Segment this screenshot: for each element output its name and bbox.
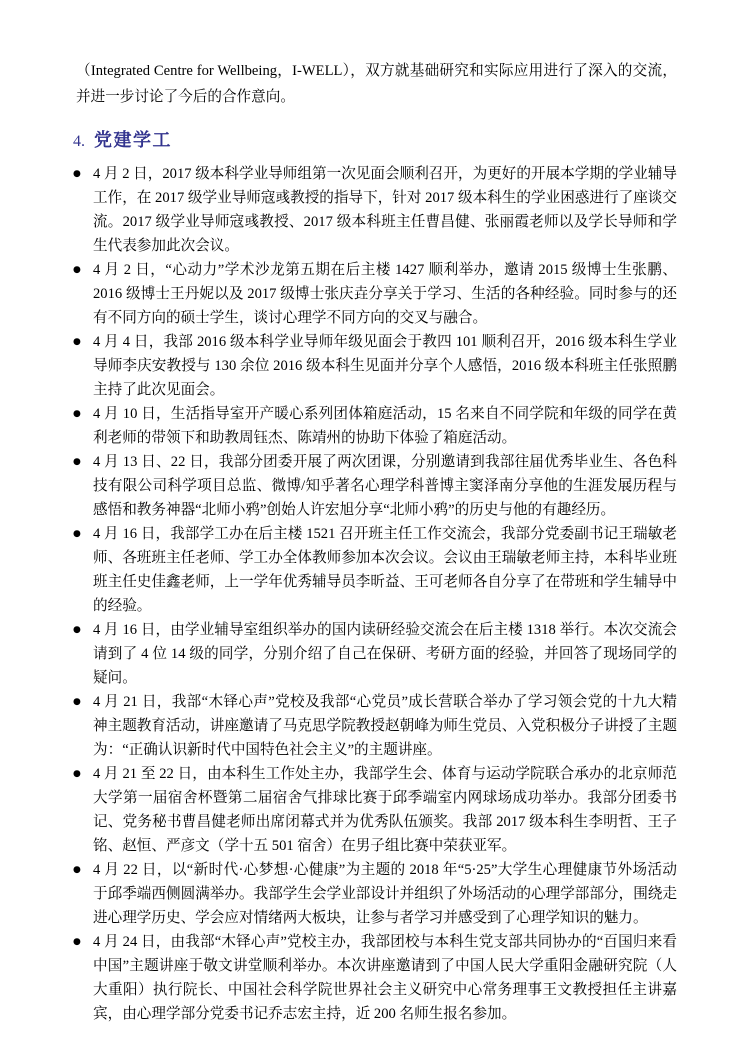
section-heading: 4. 党建学工: [73, 126, 677, 152]
bullet-item: ● 4 月 10 日，生活指导室开产暖心系列团体箱庭活动，15 名来自不同学院和…: [73, 402, 677, 450]
section-title: 党建学工: [94, 126, 172, 152]
bullet-marker: ●: [73, 258, 93, 330]
bullet-text: 4 月 24 日，由我部“木铎心声”党校主办，我部团校与本科生党支部共同协办的“…: [93, 930, 677, 1026]
bullet-item: ● 4 月 24 日，由我部“木铎心声”党校主办，我部团校与本科生党支部共同协办…: [73, 930, 677, 1026]
document-page: （Integrated Centre for Wellbeing，I-WELL）…: [0, 0, 750, 1060]
bullet-item: ● 4 月 21 至 22 日，由本科生工作处主办，我部学生会、体育与运动学院联…: [73, 762, 677, 858]
bullet-item: ● 4 月 16 日，由学业辅导室组织举办的国内读研经验交流会在后主楼 1318…: [73, 618, 677, 690]
bullet-marker: ●: [73, 762, 93, 858]
bullet-text: 4 月 16 日，我部学工办在后主楼 1521 召开班主任工作交流会，我部分党委…: [93, 522, 677, 618]
bullet-text: 4 月 22 日，以“新时代·心梦想·心健康”为主题的 2018 年“5·25”…: [93, 858, 677, 930]
bullet-item: ● 4 月 16 日，我部学工办在后主楼 1521 召开班主任工作交流会，我部分…: [73, 522, 677, 618]
bullet-marker: ●: [73, 162, 93, 258]
intro-paragraph: （Integrated Centre for Wellbeing，I-WELL）…: [76, 58, 677, 110]
bullet-marker: ●: [73, 450, 93, 522]
bullet-item: ● 4 月 2 日，“心动力”学术沙龙第五期在后主楼 1427 顺利举办，邀请 …: [73, 258, 677, 330]
bullet-text: 4 月 16 日，由学业辅导室组织举办的国内读研经验交流会在后主楼 1318 举…: [93, 618, 677, 690]
event-bullet-list: ● 4 月 2 日，2017 级本科学业导师组第一次见面会顺利召开，为更好的开展…: [73, 162, 677, 1026]
bullet-text: 4 月 21 日，我部“木铎心声”党校及我部“心党员”成长营联合举办了学习领会党…: [93, 690, 677, 762]
bullet-item: ● 4 月 22 日，以“新时代·心梦想·心健康”为主题的 2018 年“5·2…: [73, 858, 677, 930]
bullet-text: 4 月 10 日，生活指导室开产暖心系列团体箱庭活动，15 名来自不同学院和年级…: [93, 402, 677, 450]
bullet-marker: ●: [73, 330, 93, 402]
bullet-text: 4 月 2 日，2017 级本科学业导师组第一次见面会顺利召开，为更好的开展本学…: [93, 162, 677, 258]
bullet-text: 4 月 4 日，我部 2016 级本科学业导师年级见面会于教四 101 顺利召开…: [93, 330, 677, 402]
bullet-marker: ●: [73, 618, 93, 690]
bullet-text: 4 月 21 至 22 日，由本科生工作处主办，我部学生会、体育与运动学院联合承…: [93, 762, 677, 858]
bullet-item: ● 4 月 13 日、22 日，我部分团委开展了两次团课，分别邀请到我部往届优秀…: [73, 450, 677, 522]
bullet-item: ● 4 月 2 日，2017 级本科学业导师组第一次见面会顺利召开，为更好的开展…: [73, 162, 677, 258]
bullet-marker: ●: [73, 930, 93, 1026]
bullet-text: 4 月 2 日，“心动力”学术沙龙第五期在后主楼 1427 顺利举办，邀请 20…: [93, 258, 677, 330]
bullet-text: 4 月 13 日、22 日，我部分团委开展了两次团课，分别邀请到我部往届优秀毕业…: [93, 450, 677, 522]
bullet-item: ● 4 月 4 日，我部 2016 级本科学业导师年级见面会于教四 101 顺利…: [73, 330, 677, 402]
bullet-marker: ●: [73, 858, 93, 930]
bullet-item: ● 4 月 21 日，我部“木铎心声”党校及我部“心党员”成长营联合举办了学习领…: [73, 690, 677, 762]
bullet-marker: ●: [73, 690, 93, 762]
bullet-marker: ●: [73, 522, 93, 618]
section-number: 4.: [73, 133, 85, 151]
bullet-marker: ●: [73, 402, 93, 450]
